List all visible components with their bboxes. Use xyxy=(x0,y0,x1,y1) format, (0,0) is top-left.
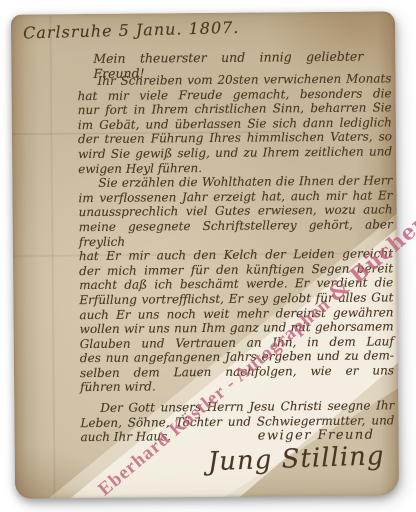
letter-paper: Carlsruhe 5 Janu. 1807. Mein theuerster … xyxy=(11,11,399,498)
photo-of-letter: Carlsruhe 5 Janu. 1807. Mein theuerster … xyxy=(0,0,416,512)
letter-dateline: Carlsruhe 5 Janu. 1807. xyxy=(23,18,240,43)
letter-body: Ihr Schreiben vom 20sten verwichenen Mon… xyxy=(77,71,394,445)
handwritten-line: wird Sie gewiß selig, und zu Ihrem zeitl… xyxy=(78,144,392,161)
handwritten-line: führen wird. xyxy=(80,378,394,395)
letter-signature: Jung Stilling xyxy=(208,441,386,477)
fold-crease-vertical xyxy=(49,14,56,498)
handwritten-line: meine gesegnete Schriftstellerey gehört,… xyxy=(79,217,393,249)
